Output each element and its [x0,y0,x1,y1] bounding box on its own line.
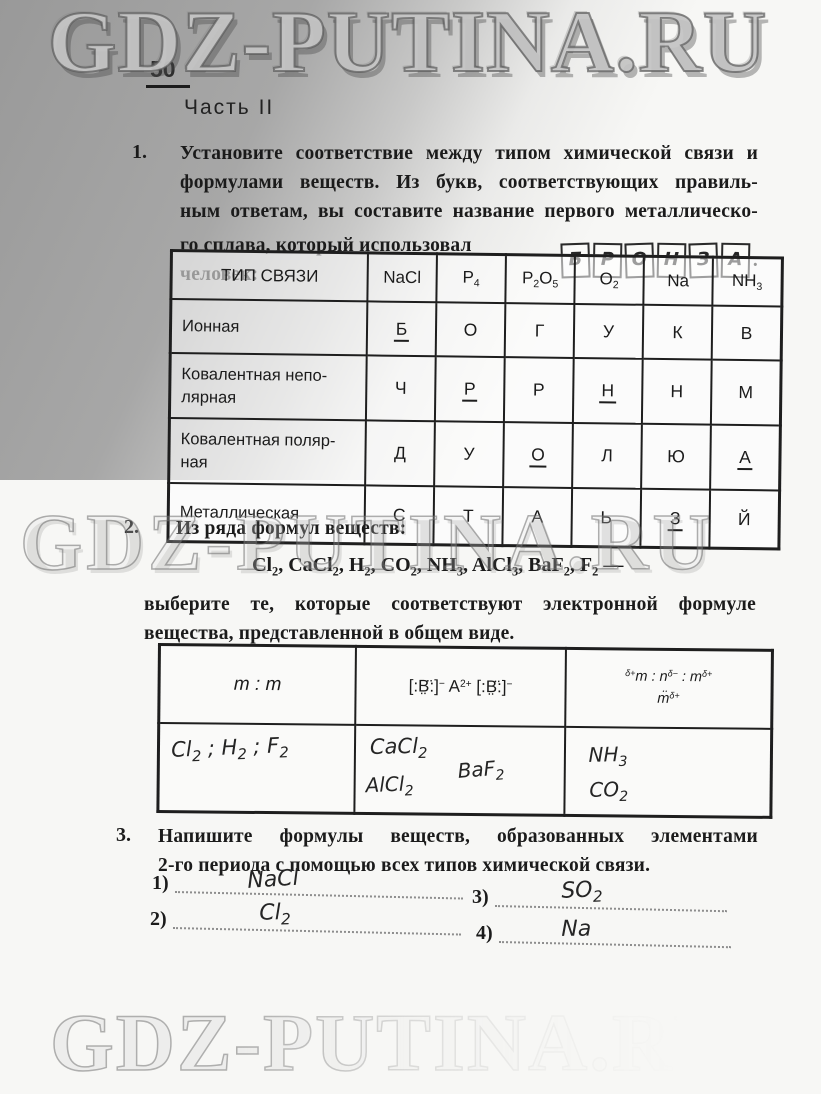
row-label: Ковалентная непо- лярная [169,353,366,420]
table-cell: Р [435,356,505,422]
row-label: Ковалентная поляр- ная [169,418,366,485]
task-2-formula-list: Cl2, CaCl2, H2, CO2, NH3, AlCl3, BaF2, F… [252,554,623,579]
table-cell: Cl2 ; H2 ; F2 [158,723,355,813]
table-cell: Ь [571,488,641,547]
column-header-formula: P4 [436,254,506,303]
table-cell: Н [573,358,643,424]
table-cell: Д [365,420,435,486]
table-cell: К [643,305,713,360]
table-cell: О [503,422,573,488]
column-header-formula: NaCl [367,253,437,302]
handwritten-answer: SO2 [560,877,602,907]
answer-letter: Ь [600,507,612,527]
answer-letter: Г [535,320,545,340]
column-header-formula: NH3 [712,257,782,306]
answer-letter: В [741,322,753,342]
bond-type-table: ТИП СВЯЗИ NaCl P4 P2O5 O2 Na NH3 Ионная … [166,249,784,550]
dotted-answer-line: SO2 [495,905,727,912]
table-cell: У [574,304,644,359]
table-header-row: m : m [:B̤̈:]− A2+ [:B̤̈:]− δ+m : nδ− : … [159,645,773,729]
table-cell: Б [367,301,437,356]
handwritten-answer: AlCl2 [365,771,414,801]
electron-formula-polar: δ+m : nδ− : mδ+ m̈δ+ [567,666,769,711]
task-1-line: формулами веществ. Из букв, соответствую… [180,168,758,197]
column-header-polar-formula: δ+m : nδ− : mδ+ m̈δ+ [565,648,772,728]
handwritten-answer: Na [561,917,591,942]
answer-label: 3) [472,886,489,908]
workbook-page: GDZ-PUTINA.RU GDZ-PUTINA.RU GDZ-PUTINA.R… [0,0,821,1094]
electron-formula-ionic: [:B̤̈:]− A2+ [:B̤̈:]− [409,676,513,696]
dotted-answer-line: Cl2 [173,927,461,936]
table-cell: Т [433,486,503,545]
table-cell: А [502,487,572,546]
answer-letter: Р [462,379,478,402]
table-cell: О [436,302,506,357]
table-cell: Й [709,490,779,549]
answer-letter: О [529,444,547,467]
table-row: Ионная Б О Г У К В [170,299,782,360]
row-label: Ионная [170,299,367,355]
answer-letter: Н [670,381,683,401]
page-number: 50 [146,56,190,88]
handwritten-answer: BaF2 [457,755,505,786]
dotted-answer-line: Na [499,941,731,948]
handwritten-answer: Cl2 [259,899,291,928]
dotted-answer-line: NaCl [175,891,463,900]
table-cell: Л [572,423,642,489]
answer-row: Cl2 ; H2 ; F2 CaCl2 BaF2 AlCl2 NH3 CO2 [158,723,772,817]
table-header-row: ТИП СВЯЗИ NaCl P4 P2O5 O2 Na NH3 [171,251,783,307]
table-cell: Н [642,359,712,425]
answer-letter: А [531,506,543,526]
electron-formula-table: m : m [:B̤̈:]− A2+ [:B̤̈:]− δ+m : nδ− : … [156,643,774,819]
table-cell: З [640,489,710,548]
table-cell: Р [504,357,574,423]
handwritten-answer: Cl2 ; H2 ; F2 [160,723,289,767]
answer-blank-4: 4)Na [476,922,731,945]
answer-letter: М [738,382,753,402]
answer-letter: Н [599,380,616,403]
table-cell: Ю [641,424,711,490]
answer-letter: Ю [667,446,685,466]
table-cell: У [434,421,504,487]
answer-blank-3: 3)SO2 [472,886,727,909]
column-header-formula: O2 [574,255,644,304]
answer-letter: О [464,319,478,339]
table-row: Ковалентная поляр- ная Д У О Л Ю А [169,418,781,490]
answer-letter: У [463,444,474,464]
answer-letter: З [668,508,683,531]
answer-label: 1) [152,872,169,894]
table-cell: Ч [366,355,436,421]
answer-blank-1: 1)NaCl [152,872,463,895]
answer-letter: Ч [395,378,407,398]
answer-letter: Т [463,505,474,525]
answer-label: 2) [150,908,167,930]
task-1-number: 1. [132,141,147,164]
table-cell: А [710,425,780,491]
task-1-line: Установите соответствие между типом хими… [180,139,758,168]
table-row: Ковалентная непо- лярная Ч Р Р Н Н М [169,353,781,425]
task-2-text: выберите те, которые соответствуют элект… [144,590,756,648]
watermark-bottom: GDZ-PUTINA.RU [50,996,734,1090]
task-2-number: 2. [124,516,139,539]
answer-letter: А [737,447,753,470]
electron-formula-m-m: m : m [234,674,282,695]
task-2-intro: Из ряда формул веществ: [176,514,406,543]
task-2-line: выберите те, которые соответствуют элект… [144,590,756,619]
answer-label: 4) [476,922,493,944]
column-header-bond-type: ТИП СВЯЗИ [171,251,368,302]
answer-letter: Й [738,508,751,528]
answer-letter: Р [533,379,545,399]
answer-letter: К [672,322,682,342]
task-3-number: 3. [116,824,131,847]
handwritten-answer: CaCl2 [370,734,428,764]
answer-letter: У [603,321,614,341]
table-cell: В [712,306,782,361]
answer-letter: Д [394,443,406,463]
handwritten-answer: NH3 CO2 [566,727,770,809]
task-1-line: ным ответам, вы составите название перво… [180,197,758,226]
part-title: Часть II [184,96,274,120]
column-header-formula: Na [643,256,713,305]
table-cell: NH3 CO2 [564,727,771,817]
answer-letter: Л [601,445,613,465]
handwritten-answer: NaCl [246,866,299,894]
table-cell: CaCl2 BaF2 AlCl2 [354,725,565,816]
answer-letter: Б [394,318,410,341]
column-header-formula: P2O5 [505,255,575,304]
table-cell: Г [505,303,575,358]
table-cell: М [711,360,781,426]
answer-blank-2: 2)Cl2 [150,908,461,931]
task-3-line: Напишите формулы веществ, образованных э… [158,822,758,851]
column-header-ionic-formula: [:B̤̈:]− A2+ [:B̤̈:]− [355,646,566,727]
column-header-nonpolar-formula: m : m [159,645,356,725]
